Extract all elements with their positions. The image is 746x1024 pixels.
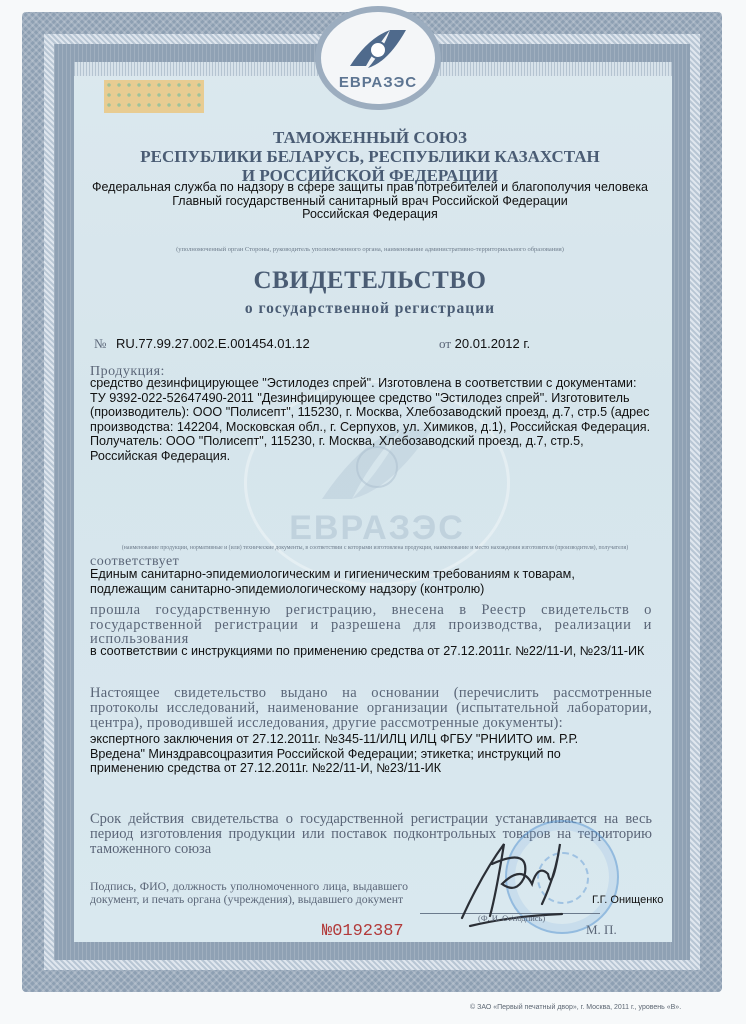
- registration-date-group: от 20.01.2012 г.: [439, 336, 530, 352]
- usage-instructions: в соответствии с инструкциями по примене…: [90, 644, 652, 658]
- registration-date: 20.01.2012 г.: [455, 336, 530, 351]
- agency-caption: (уполномоченный орган Стороны, руководит…: [90, 246, 650, 253]
- union-line-2: РЕСПУБЛИКИ БЕЛАРУСЬ, РЕСПУБЛИКИ КАЗАХСТА…: [90, 147, 650, 166]
- union-line-1: ТАМОЖЕННЫЙ СОЮЗ: [90, 128, 650, 147]
- certificate-subtitle: о государственной регистрации: [90, 300, 650, 318]
- basis-label: Настоящее свидетельство выдано на основа…: [90, 686, 652, 731]
- certificate-title: СВИДЕТЕЛЬСТВО: [90, 267, 650, 295]
- signer-name: Г.Г. Онищенко: [592, 894, 663, 906]
- watermark-label: ЕВРАЗЭС: [289, 509, 465, 548]
- number-prefix: №: [94, 336, 106, 351]
- basis-text: экспертного заключения от 27.12.2011г. №…: [90, 732, 630, 776]
- product-caption: (наименование продукции, нормативные и (…: [90, 545, 660, 551]
- registration-line: № RU.77.99.27.002.E.001454.01.12 от 20.0…: [94, 336, 654, 352]
- registration-number: RU.77.99.27.002.E.001454.01.12: [116, 336, 310, 351]
- hologram-sticker: [104, 80, 204, 113]
- form-serial-number: №0192387: [322, 922, 404, 941]
- signature-caption: (Ф. И. О./подпись): [478, 913, 545, 923]
- printer-footer: © ЗАО «Первый печатный двор», г. Москва,…: [470, 1004, 681, 1011]
- agency-line-1: Федеральная служба по надзору в сфере за…: [85, 181, 655, 195]
- form-number: №0192387: [322, 922, 404, 941]
- agency-line-2: Главный государственный санитарный врач …: [85, 195, 655, 209]
- registration-status-text: прошла государственную регистрацию, внес…: [90, 603, 652, 647]
- evrazes-logo-icon: [346, 26, 410, 72]
- union-header: ТАМОЖЕННЫЙ СОЮЗ РЕСПУБЛИКИ БЕЛАРУСЬ, РЕС…: [90, 128, 650, 185]
- signature-label: Подпись, ФИО, должность уполномоченного …: [90, 880, 408, 906]
- agency-block: Федеральная служба по надзору в сфере за…: [85, 181, 655, 222]
- seal-label: М. П.: [586, 922, 617, 938]
- emblem-label: ЕВРАЗЭС: [339, 74, 417, 91]
- agency-line-3: Российская Федерация: [85, 208, 655, 222]
- conformity-text: Единым санитарно-эпидемиологическим и ги…: [90, 567, 620, 596]
- date-prefix: от: [439, 336, 451, 351]
- evrazes-emblem: ЕВРАЗЭС: [315, 6, 441, 110]
- product-description: средство дезинфицирующее "Эстилодез спре…: [90, 376, 652, 464]
